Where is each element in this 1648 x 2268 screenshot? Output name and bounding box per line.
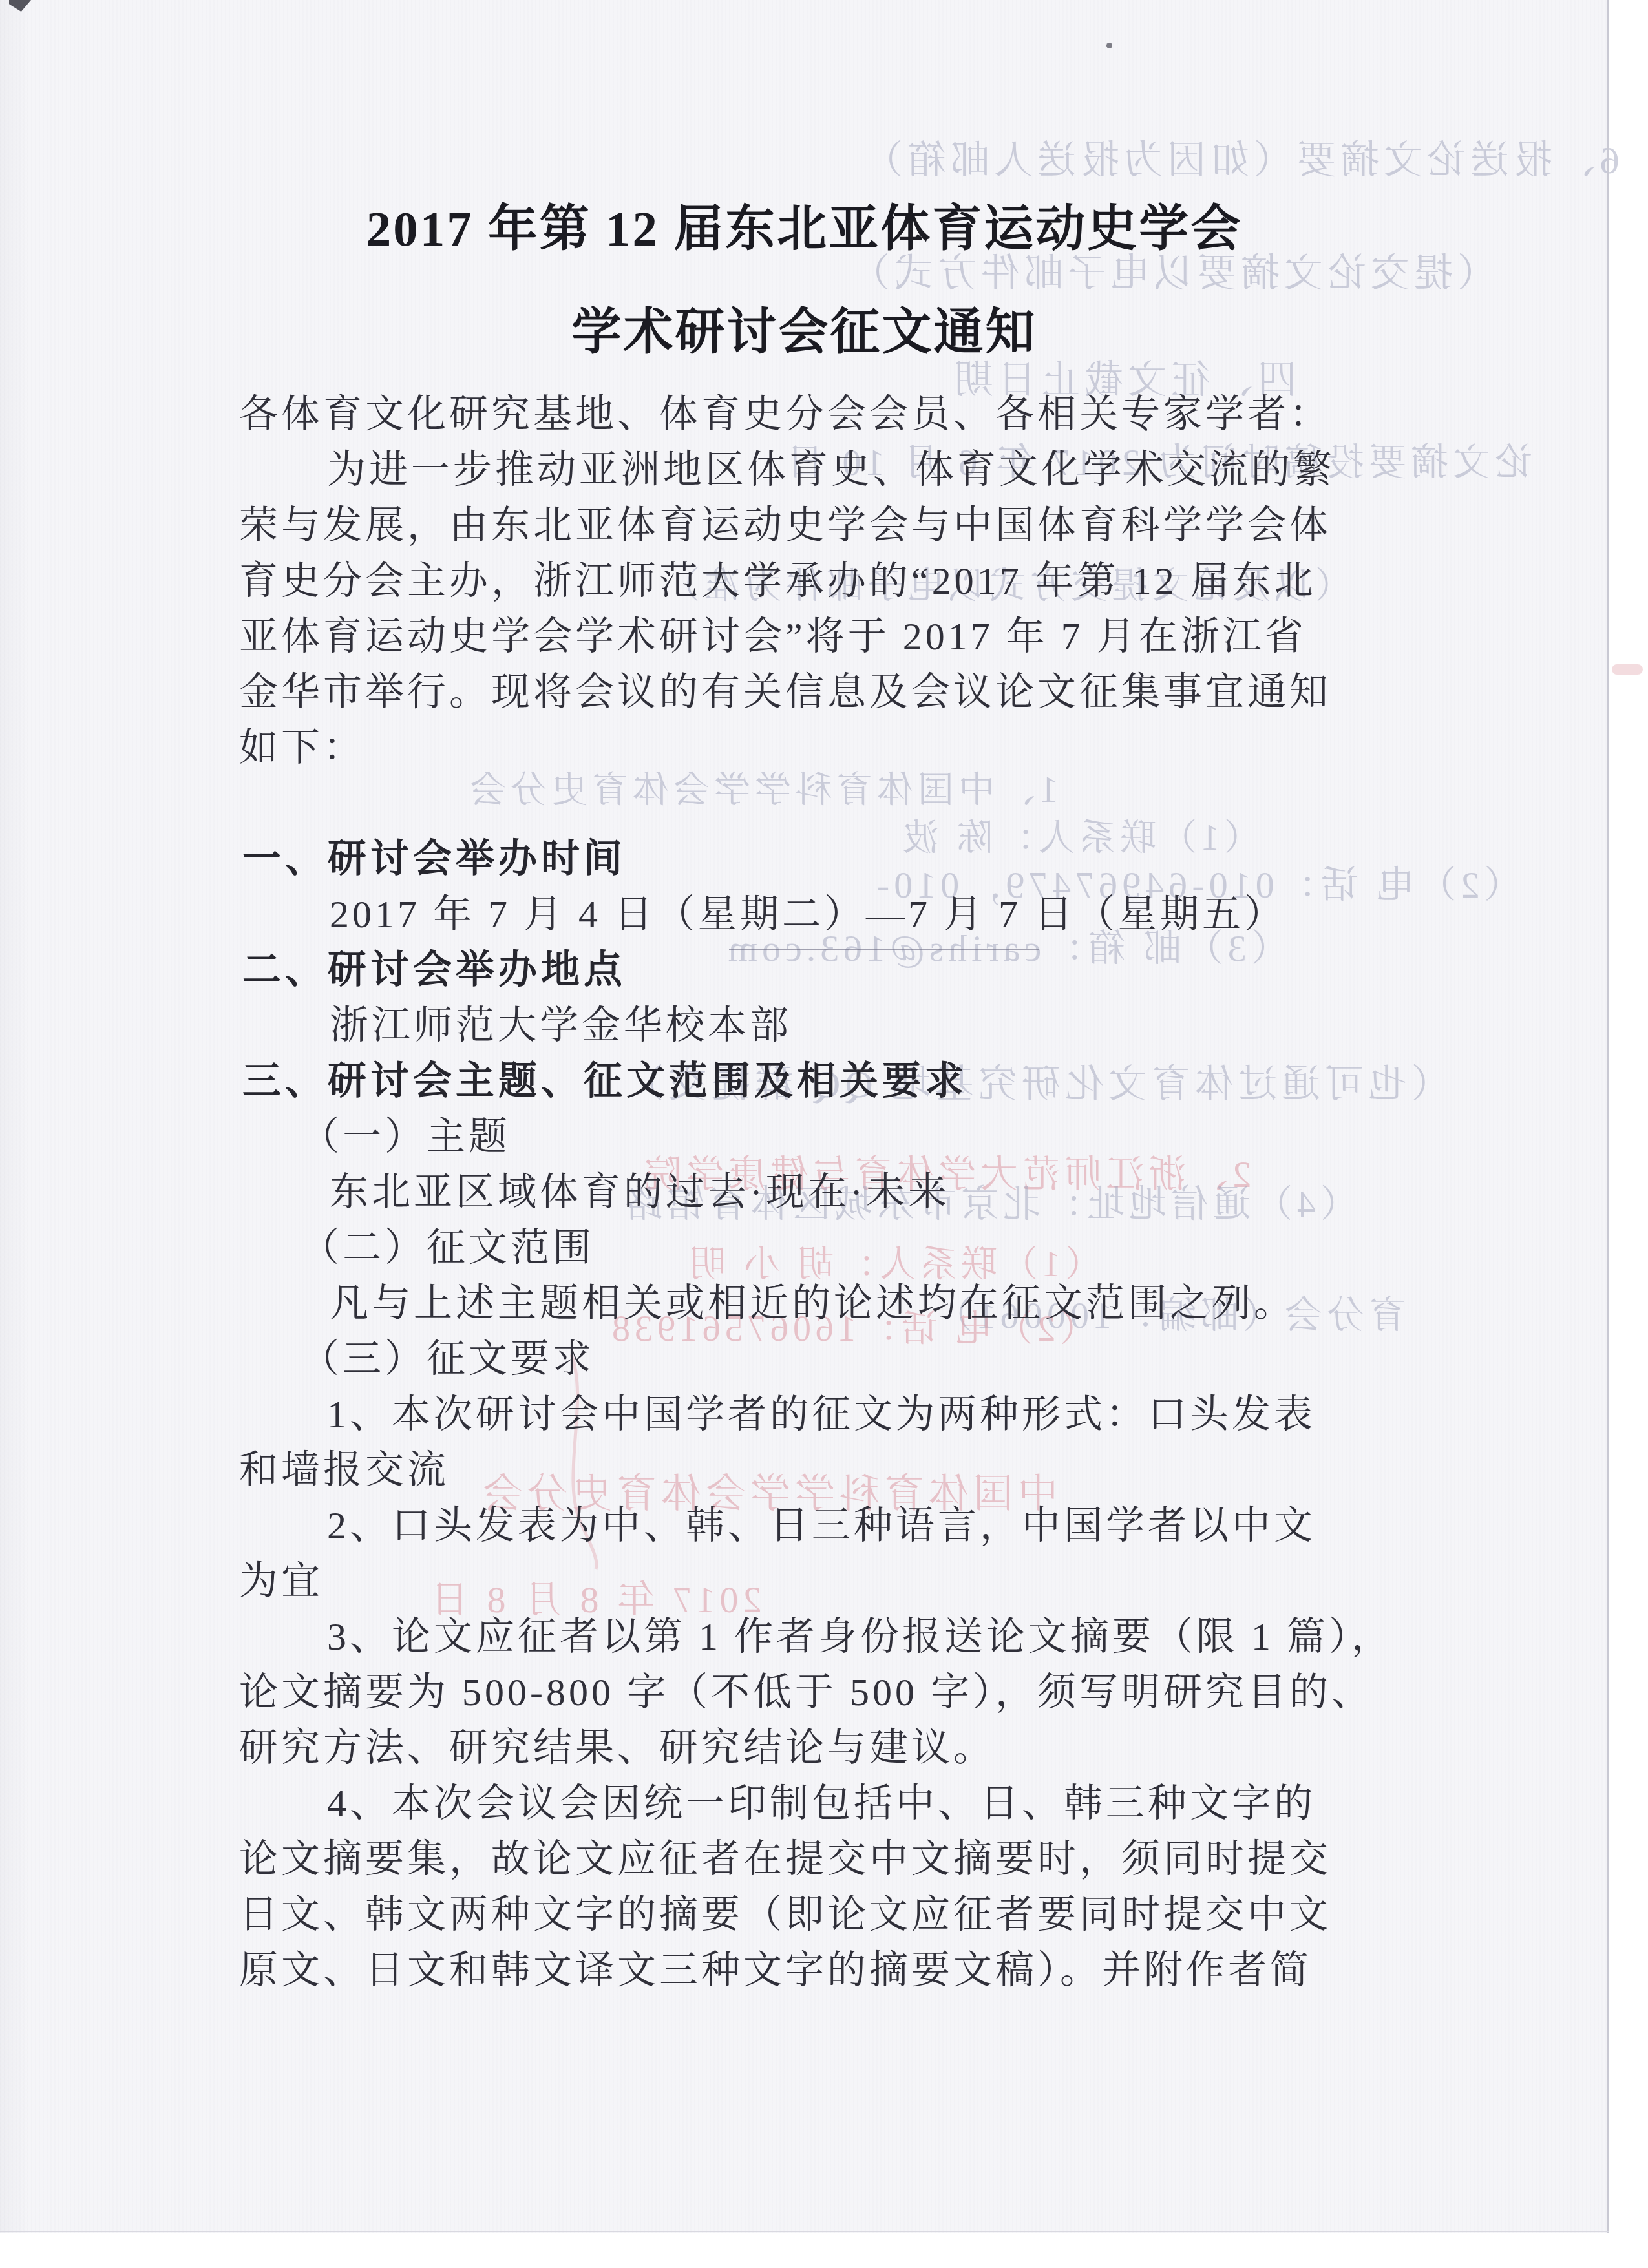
text-line: 论文摘要为 500-800 字（不低于 500 字），须写明研究目的、 [239, 1664, 1409, 1720]
scan-canvas: 6、报送论文摘要（如因为报送人邮箱）（提交论文摘要以电子邮件方式）四、征文截止日… [0, 0, 1648, 2268]
text-line: 三、研讨会主题、征文范围及相关要求 [239, 1053, 1409, 1109]
text-line: （三）征文要求 [239, 1331, 1409, 1387]
text-line: 金华市举行。现将会议的有关信息及会议论文征集事宜通知 [239, 664, 1409, 720]
notice-body: 各体育文化研究基地、体育史分会会员、各相关专家学者：为进一步推动亚洲地区体育史、… [239, 386, 1409, 1998]
text-line: （一）主题 [239, 1109, 1409, 1164]
notice-title-line1: 2017 年第 12 届东北亚体育运动史学会 [0, 189, 1609, 260]
text-line: 2、口头发表为中、韩、日三种语言，中国学者以中文 [239, 1498, 1409, 1553]
text-line: 论文摘要集，故论文应征者在提交中文摘要时，须同时提交 [239, 1831, 1409, 1887]
text-line: 日文、韩文两种文字的摘要（即论文应征者要同时提交中文 [239, 1887, 1409, 1942]
text-line [239, 775, 1409, 831]
text-line: 和墙报交流 [239, 1442, 1409, 1498]
text-line: 3、论文应征者以第 1 作者身份报送论文摘要（限 1 篇）， [239, 1609, 1409, 1664]
text-line: 4、本次会议会因统一印制包括中、日、韩三种文字的 [239, 1776, 1409, 1831]
text-line: 原文、日文和韩文译文三种文字的摘要文稿）。并附作者简 [239, 1942, 1409, 1998]
notice-title-line2: 学术研讨会征文通知 [0, 292, 1609, 364]
text-line: 荣与发展，由东北亚体育运动史学会与中国体育科学学会体 [239, 498, 1409, 553]
text-line: 东北亚区域体育的过去·现在·未来 [239, 1164, 1409, 1220]
text-line: 各体育文化研究基地、体育史分会会员、各相关专家学者： [239, 386, 1409, 442]
text-line: 1、本次研讨会中国学者的征文为两种形式：口头发表 [239, 1387, 1409, 1442]
text-line: 为进一步推动亚洲地区体育史、体育文化学术交流的繁 [239, 442, 1409, 498]
scanned-page: 6、报送论文摘要（如因为报送人邮箱）（提交论文摘要以电子邮件方式）四、征文截止日… [0, 0, 1609, 2233]
text-line: 浙江师范大学金华校本部 [239, 998, 1409, 1053]
text-line: 育史分会主办，浙江师范大学承办的“2017 年第 12 届东北 [239, 553, 1409, 609]
page-edge-right [1607, 0, 1609, 2233]
pink-smudge [1612, 664, 1643, 675]
text-line: 一、研讨会举办时间 [239, 831, 1409, 887]
text-line: 二、研讨会举办地点 [239, 942, 1409, 998]
ink-dot [1106, 43, 1112, 48]
text-line: （二）征文范围 [239, 1220, 1409, 1276]
text-line: 凡与上述主题相关或相近的论述均在征文范围之列。 [239, 1276, 1409, 1331]
text-line: 2017 年 7 月 4 日（星期二）—7 月 7 日（星期五） [239, 887, 1409, 942]
page-edge-bottom [0, 2231, 1609, 2232]
text-line: 亚体育运动史学会学术研讨会”将于 2017 年 7 月在浙江省 [239, 609, 1409, 664]
text-line: 研究方法、研究结果、研究结论与建议。 [239, 1720, 1409, 1776]
text-line: 为宜 [239, 1553, 1409, 1609]
text-line: 如下： [239, 720, 1409, 775]
